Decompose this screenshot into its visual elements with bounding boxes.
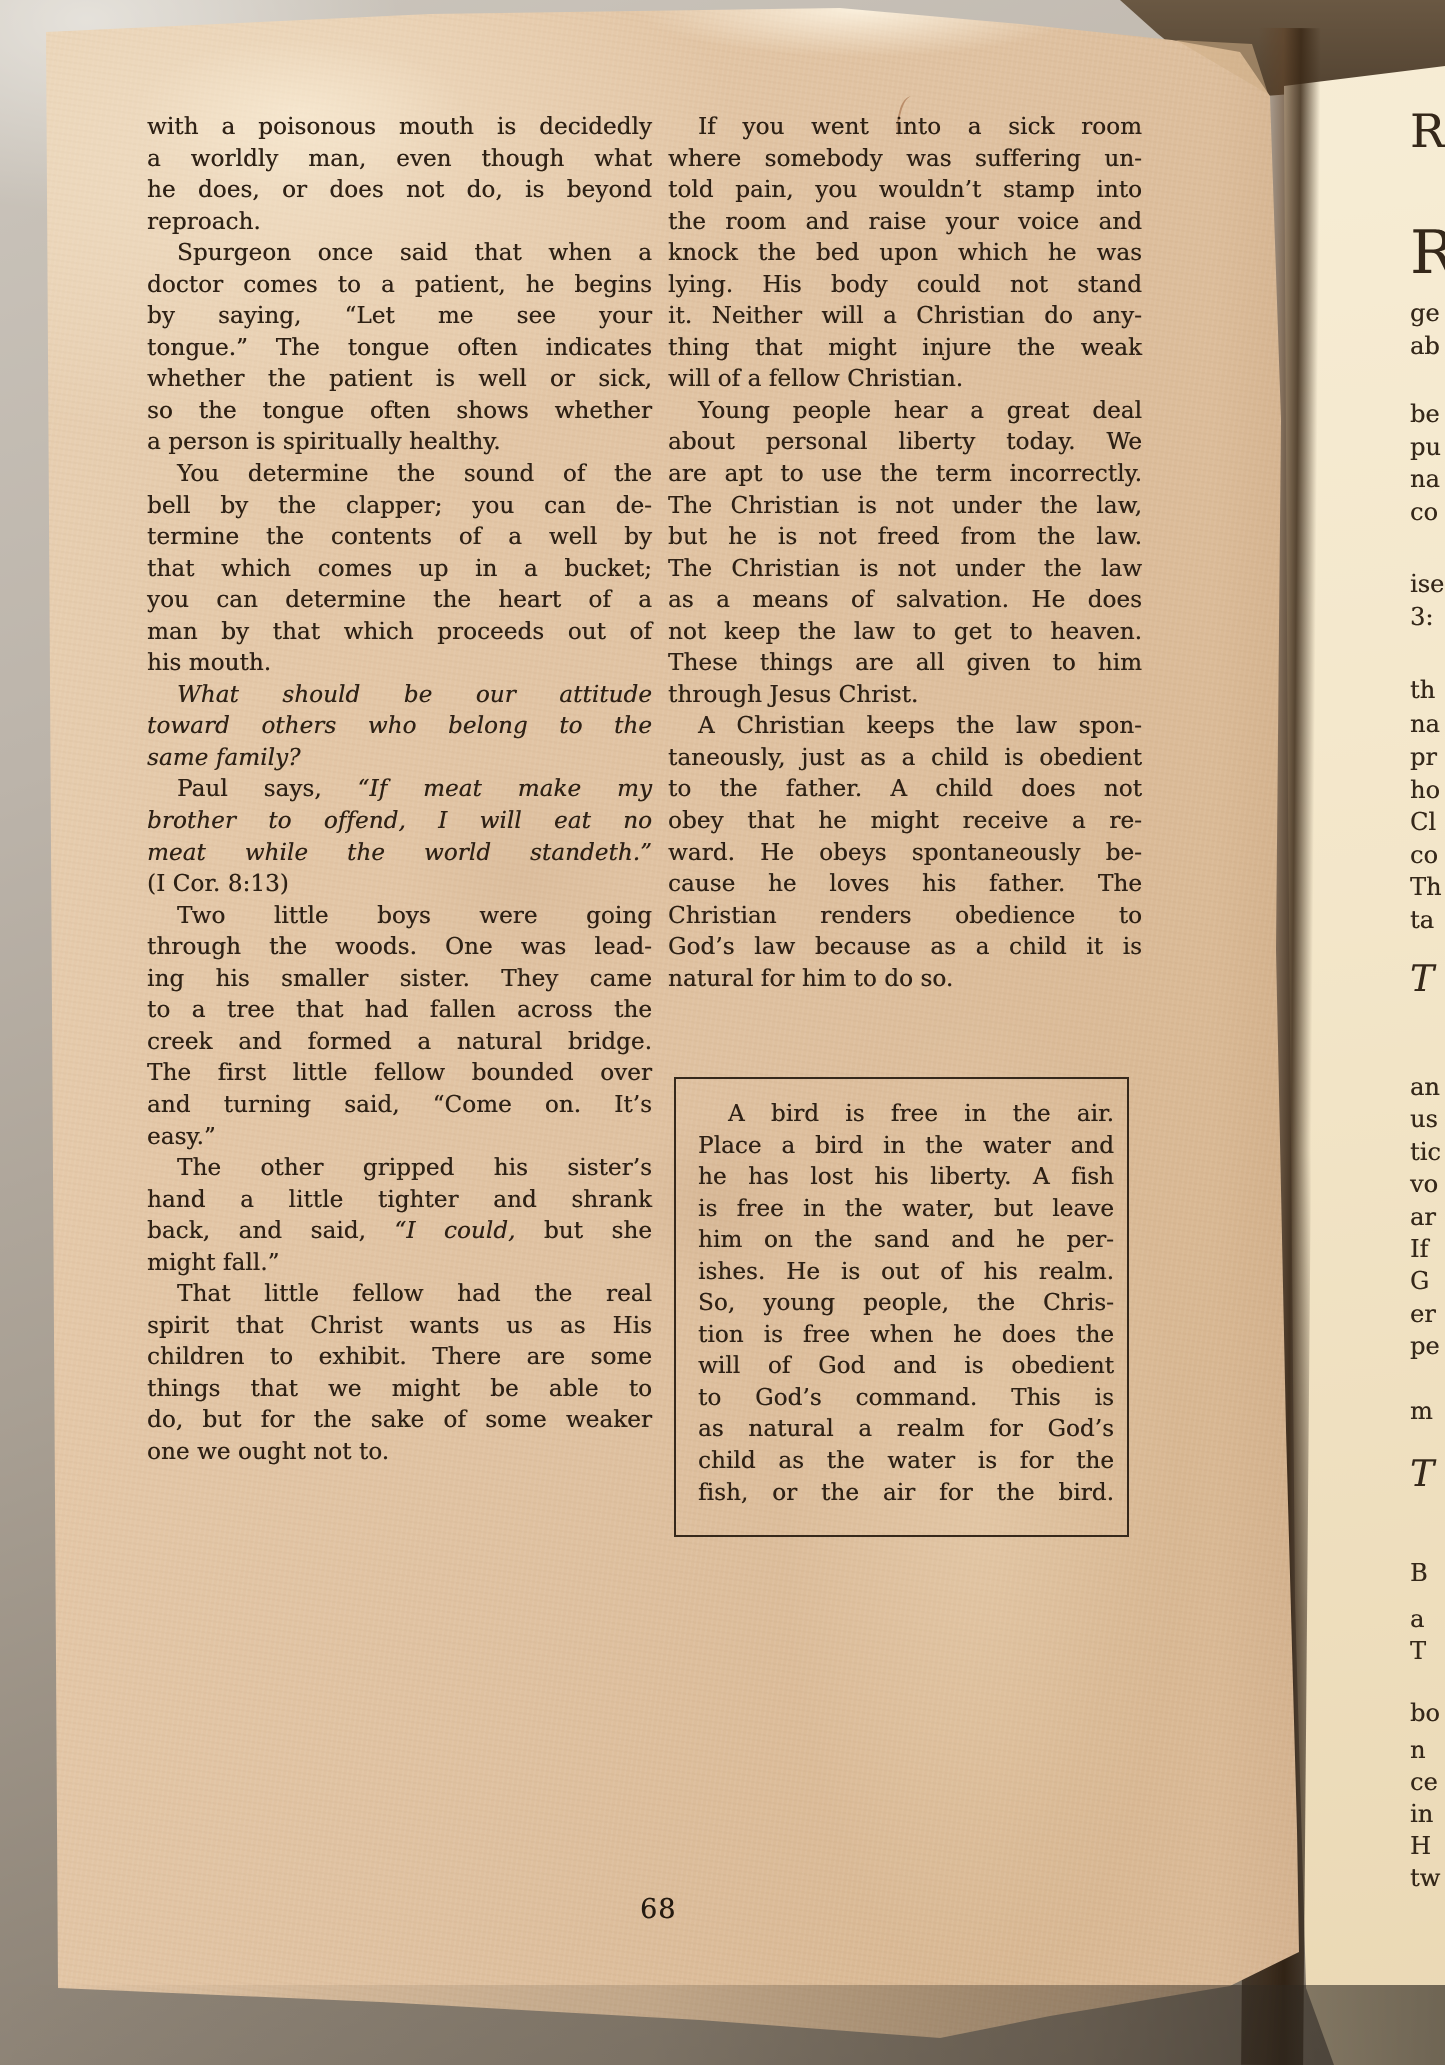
text-line: obey that he might receive a re-: [668, 806, 1142, 838]
right-page-text-fragment: ce: [1410, 1769, 1438, 1795]
body-text: The first little fellow bounded over: [147, 1060, 652, 1086]
right-page-text-fragment: ho: [1410, 777, 1440, 803]
text-line: child as the water is for the: [698, 1446, 1114, 1478]
body-text: the room and raise your voice and: [668, 209, 1142, 235]
text-line: What should be our attitude: [147, 680, 652, 712]
body-text: spirit that Christ wants us as His: [147, 1313, 652, 1339]
text-line: might fall.”: [147, 1248, 652, 1280]
text-line: as a means of salvation. He does: [668, 585, 1142, 617]
right-page-text-fragment: Th: [1410, 874, 1441, 900]
body-text: told pain, you wouldn’t stamp into: [668, 177, 1142, 203]
text-line: easy.”: [147, 1122, 652, 1154]
right-page-text-fragment: co: [1410, 499, 1438, 525]
text-line: the room and raise your voice and: [668, 207, 1142, 239]
text-line: to the father. A child does not: [668, 774, 1142, 806]
right-page-text-fragment: H: [1410, 1833, 1431, 1859]
body-text: things that we might be able to: [147, 1376, 652, 1402]
text-line: one we ought not to.: [147, 1437, 652, 1469]
body-text: tion is free when he does the: [698, 1322, 1114, 1348]
body-text: with a poisonous mouth is decidedly: [147, 114, 652, 140]
body-text: obey that he might receive a re-: [668, 808, 1142, 834]
body-text: Christian renders obedience to: [668, 903, 1142, 929]
text-line: hand a little tighter and shrank: [147, 1185, 652, 1217]
text-line: will of God and is obedient: [698, 1351, 1114, 1383]
body-text: will of a fellow Christian.: [668, 366, 963, 392]
text-line: That little fellow had the real: [147, 1279, 652, 1311]
body-text: back, and said,: [147, 1218, 394, 1244]
text-line: by saying, “Let me see your: [147, 301, 652, 333]
text-line: it. Neither will a Christian do any-: [668, 301, 1142, 333]
italic-text: What should be our attitude: [177, 682, 652, 708]
right-page-text-fragment: tw: [1410, 1865, 1440, 1891]
text-line: brother to offend, I will eat no: [147, 806, 652, 838]
text-line: spirit that Christ wants us as His: [147, 1311, 652, 1343]
body-text: thing that might injure the weak: [668, 335, 1142, 361]
body-text: You determine the sound of the: [177, 461, 652, 487]
text-line: whether the patient is well or sick,: [147, 364, 652, 396]
text-line: not keep the law to get to heaven.: [668, 617, 1142, 649]
body-text: are apt to use the term incorrectly.: [668, 461, 1142, 487]
italic-text: same family?: [147, 745, 301, 771]
right-page-text-fragment: th: [1410, 677, 1435, 703]
right-page-text-fragment: G: [1410, 1268, 1429, 1294]
text-line: The other gripped his sister’s: [147, 1153, 652, 1185]
text-line: do, but for the sake of some weaker: [147, 1405, 652, 1437]
body-text: children to exhibit. There are some: [147, 1344, 652, 1370]
body-text: is free in the water, but leave: [698, 1196, 1114, 1222]
text-line: natural for him to do so.: [668, 964, 1142, 996]
body-text: it. Neither will a Christian do any-: [668, 303, 1142, 329]
body-text: Place a bird in the water and: [698, 1133, 1114, 1159]
text-line: ishes. He is out of his realm.: [698, 1257, 1114, 1289]
text-line: The Christian is not under the law,: [668, 491, 1142, 523]
body-text: ing his smaller sister. They came: [147, 966, 652, 992]
text-line: where somebody was suffering un-: [668, 144, 1142, 176]
right-page-text-fragment: an: [1410, 1074, 1440, 1100]
body-text: through the woods. One was lead-: [147, 934, 652, 960]
text-line: tongue.” The tongue often indicates: [147, 333, 652, 365]
right-page-text-fragment: be: [1410, 401, 1440, 427]
text-line: reproach.: [147, 207, 652, 239]
text-line: (I Cor. 8:13): [147, 869, 652, 901]
body-text: you can determine the heart of a: [147, 587, 652, 613]
right-page-text-fragment: n: [1410, 1737, 1425, 1763]
text-line: lying. His body could not stand: [668, 270, 1142, 302]
italic-text: toward others who belong to the: [147, 713, 652, 739]
right-page-text-fragment: Cl: [1410, 809, 1436, 835]
right-page-text-fragment: R: [1410, 220, 1445, 286]
text-line: tion is free when he does the: [698, 1320, 1114, 1352]
body-text: and turning said, “Come on. It’s: [147, 1092, 652, 1118]
body-text: might fall.”: [147, 1250, 279, 1276]
right-page-text-fragment: ise: [1410, 571, 1444, 597]
body-text: hand a little tighter and shrank: [147, 1187, 652, 1213]
text-line: fish, or the air for the bird.: [698, 1478, 1114, 1510]
body-text: through Jesus Christ.: [668, 682, 918, 708]
body-text: do, but for the sake of some weaker: [147, 1407, 652, 1433]
text-line: creek and formed a natural bridge.: [147, 1027, 652, 1059]
text-line: him on the sand and he per-: [698, 1225, 1114, 1257]
italic-text: “If meat make my: [358, 776, 652, 802]
text-line: These things are all given to him: [668, 648, 1142, 680]
body-text: as a means of salvation. He does: [668, 587, 1142, 613]
body-text: Young people hear a great deal: [698, 398, 1142, 424]
italic-text: meat while the world standeth.”: [147, 840, 652, 866]
body-text: The other gripped his sister’s: [177, 1155, 652, 1181]
text-line: God’s law because as a child it is: [668, 932, 1142, 964]
right-page-text-fragment: ta: [1410, 907, 1434, 933]
body-text: will of God and is obedient: [698, 1353, 1114, 1379]
text-line: taneously, just as a child is obedient: [668, 743, 1142, 775]
body-text: he has lost his liberty. A fish: [698, 1164, 1114, 1190]
text-line: thing that might injure the weak: [668, 333, 1142, 365]
body-text: termine the contents of a well by: [147, 524, 652, 550]
text-line: as natural a realm for God’s: [698, 1414, 1114, 1446]
body-text: natural for him to do so.: [668, 966, 953, 992]
body-text: man by that which proceeds out of: [147, 619, 652, 645]
right-page-text-fragment: B: [1410, 1560, 1428, 1586]
text-line: you can determine the heart of a: [147, 585, 652, 617]
body-text: easy.”: [147, 1124, 216, 1150]
text-line: to God’s command. This is: [698, 1383, 1114, 1415]
right-page-text-fragment: R: [1410, 106, 1445, 157]
text-line: Place a bird in the water and: [698, 1131, 1114, 1163]
text-line: Christian renders obedience to: [668, 901, 1142, 933]
body-text: knock the bed upon which he was: [668, 240, 1142, 266]
text-line: If you went into a sick room: [668, 112, 1142, 144]
right-page-text-fragment: tic: [1410, 1139, 1441, 1165]
right-column: If you went into a sick roomwhere somebo…: [668, 112, 1142, 995]
text-line: man by that which proceeds out of: [147, 617, 652, 649]
text-line: so the tongue often shows whether: [147, 396, 652, 428]
body-text: lying. His body could not stand: [668, 272, 1142, 298]
body-text: The Christian is not under the law: [668, 556, 1142, 582]
right-page-text-fragment: er: [1410, 1301, 1436, 1327]
body-text: taneously, just as a child is obedient: [668, 745, 1142, 771]
text-line: doctor comes to a patient, he begins: [147, 270, 652, 302]
body-text: to the father. A child does not: [668, 776, 1142, 802]
text-line: will of a fellow Christian.: [668, 364, 1142, 396]
right-page-text-fragment: T: [1410, 1638, 1426, 1664]
right-page-text-fragment: ge: [1410, 300, 1440, 326]
text-line: and turning said, “Come on. It’s: [147, 1090, 652, 1122]
text-line: Spurgeon once said that when a: [147, 238, 652, 270]
body-text: cause he loves his father. The: [668, 871, 1142, 897]
text-line: The Christian is not under the law: [668, 554, 1142, 586]
body-text: a person is spiritually healthy.: [147, 429, 501, 455]
text-line: he does, or does not do, is beyond: [147, 175, 652, 207]
body-text: to God’s command. This is: [698, 1385, 1114, 1411]
right-page-text-fragment: bo: [1410, 1700, 1440, 1726]
body-text: bell by the clapper; you can de-: [147, 493, 652, 519]
text-line: meat while the world standeth.”: [147, 838, 652, 870]
right-page-text-fragment: us: [1410, 1106, 1438, 1132]
text-line: about personal liberty today. We: [668, 427, 1142, 459]
body-text: one we ought not to.: [147, 1439, 389, 1465]
body-text: his mouth.: [147, 650, 271, 676]
right-page-text-fragment: vo: [1410, 1171, 1438, 1197]
text-line: through the woods. One was lead-: [147, 932, 652, 964]
right-page-text-fragment: ar: [1410, 1204, 1436, 1230]
italic-text: brother to offend, I will eat no: [147, 808, 652, 834]
body-text: fish, or the air for the bird.: [698, 1480, 1114, 1506]
body-text: ishes. He is out of his realm.: [698, 1259, 1114, 1285]
right-page-text-fragment: ab: [1410, 333, 1440, 359]
text-line: Two little boys were going: [147, 901, 652, 933]
body-text: he does, or does not do, is beyond: [147, 177, 652, 203]
text-line: Young people hear a great deal: [668, 396, 1142, 428]
page-number: 68: [640, 1894, 676, 1925]
body-text: that which comes up in a bucket;: [147, 556, 652, 582]
text-line: Paul says, “If meat make my: [147, 774, 652, 806]
body-text: child as the water is for the: [698, 1448, 1114, 1474]
text-line: are apt to use the term incorrectly.: [668, 459, 1142, 491]
text-line: ward. He obeys spontaneously be-: [668, 838, 1142, 870]
text-line: children to exhibit. There are some: [147, 1342, 652, 1374]
body-text: but she: [515, 1218, 652, 1244]
text-line: toward others who belong to the: [147, 711, 652, 743]
body-text: Paul says,: [177, 776, 358, 802]
right-page-text-fragment: m: [1410, 1398, 1433, 1424]
body-text: but he is not freed from the law.: [668, 524, 1142, 550]
text-line: with a poisonous mouth is decidedly: [147, 112, 652, 144]
text-line: his mouth.: [147, 648, 652, 680]
right-page-text-fragment: T: [1410, 960, 1434, 1000]
body-text: tongue.” The tongue often indicates: [147, 335, 652, 361]
body-text: him on the sand and he per-: [698, 1227, 1114, 1253]
text-line: back, and said, “I could, but she: [147, 1216, 652, 1248]
body-text: A bird is free in the air.: [728, 1101, 1114, 1127]
text-line: ing his smaller sister. They came: [147, 964, 652, 996]
right-page-text-fragment: pr: [1410, 744, 1437, 770]
body-text: That little fellow had the real: [177, 1281, 652, 1307]
body-text: God’s law because as a child it is: [668, 934, 1142, 960]
book-photo: with a poisonous mouth is decidedlya wor…: [0, 0, 1445, 2065]
right-page-text-fragment: co: [1410, 842, 1438, 868]
text-line: A Christian keeps the law spon-: [668, 711, 1142, 743]
body-text: not keep the law to get to heaven.: [668, 619, 1142, 645]
text-line: is free in the water, but leave: [698, 1194, 1114, 1226]
text-line: to a tree that had fallen across the: [147, 995, 652, 1027]
text-line: You determine the sound of the: [147, 459, 652, 491]
text-line: a worldly man, even though what: [147, 144, 652, 176]
body-text: reproach.: [147, 209, 261, 235]
right-page-text-fragment: na: [1410, 466, 1440, 492]
body-text: ward. He obeys spontaneously be-: [668, 840, 1142, 866]
body-text: doctor comes to a patient, he begins: [147, 272, 652, 298]
body-text: so the tongue often shows whether: [147, 398, 652, 424]
body-text: Two little boys were going: [177, 903, 652, 929]
body-text: where somebody was suffering un-: [668, 146, 1142, 172]
right-page-text-fragment: in: [1410, 1801, 1433, 1827]
body-text: a worldly man, even though what: [147, 146, 652, 172]
text-line: bell by the clapper; you can de-: [147, 491, 652, 523]
body-text: (I Cor. 8:13): [147, 871, 289, 897]
text-line: but he is not freed from the law.: [668, 522, 1142, 554]
body-text: So, young people, the Chris-: [698, 1290, 1114, 1316]
left-column: with a poisonous mouth is decidedlya wor…: [147, 112, 652, 1469]
right-page-text-fragment: T: [1410, 1455, 1434, 1495]
text-line: through Jesus Christ.: [668, 680, 1142, 712]
right-page-text-fragment: If: [1410, 1236, 1428, 1262]
body-text: as natural a realm for God’s: [698, 1416, 1114, 1442]
italic-text: “I could,: [394, 1218, 515, 1244]
text-line: told pain, you wouldn’t stamp into: [668, 175, 1142, 207]
right-page-text-fragment: a: [1410, 1606, 1424, 1632]
body-text: If you went into a sick room: [698, 114, 1142, 140]
text-line: A bird is free in the air.: [698, 1099, 1114, 1131]
right-page-text-fragment: 3:: [1410, 604, 1433, 630]
text-line: cause he loves his father. The: [668, 869, 1142, 901]
right-page-text-fragment: na: [1410, 711, 1440, 737]
body-text: whether the patient is well or sick,: [147, 366, 652, 392]
text-line: things that we might be able to: [147, 1374, 652, 1406]
text-line: termine the contents of a well by: [147, 522, 652, 554]
text-line: he has lost his liberty. A fish: [698, 1162, 1114, 1194]
body-text: The Christian is not under the law,: [668, 493, 1142, 519]
text-line: same family?: [147, 743, 652, 775]
text-line: that which comes up in a bucket;: [147, 554, 652, 586]
text-line: The first little fellow bounded over: [147, 1058, 652, 1090]
body-text: to a tree that had fallen across the: [147, 997, 652, 1023]
text-line: knock the bed upon which he was: [668, 238, 1142, 270]
body-text: A Christian keeps the law spon-: [698, 713, 1142, 739]
right-page-text-fragment: pe: [1410, 1333, 1440, 1359]
callout-box: A bird is free in the air.Place a bird i…: [674, 1077, 1129, 1537]
body-text: by saying, “Let me see your: [147, 303, 652, 329]
body-text: creek and formed a natural bridge.: [147, 1029, 652, 1055]
text-line: a person is spiritually healthy.: [147, 427, 652, 459]
text-line: So, young people, the Chris-: [698, 1288, 1114, 1320]
body-text: These things are all given to him: [668, 650, 1142, 676]
right-page-text-fragment: pu: [1410, 434, 1441, 460]
body-text: about personal liberty today. We: [668, 429, 1142, 455]
body-text: Spurgeon once said that when a: [177, 240, 652, 266]
